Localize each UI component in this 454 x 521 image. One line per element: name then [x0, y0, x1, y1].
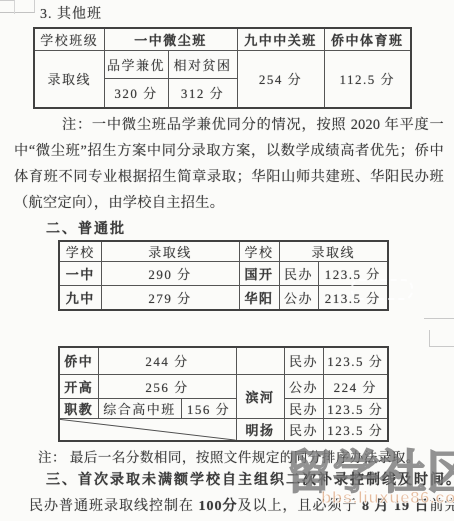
cell-poverty-score: 312 分 [168, 78, 237, 108]
cell-score: 123.5 分 [323, 418, 388, 441]
table-row: 职教 综合高中班 156 分 民办 123.5 分 [59, 398, 388, 418]
cell-score: 256 分 [98, 374, 236, 398]
cell-merit-score: 320 分 [104, 78, 168, 108]
page-corner-mark [0, 0, 35, 13]
cell-class-name: 综合高中班 [98, 398, 181, 418]
header-school-class: 学校班级 [34, 28, 104, 50]
diagonal-empty-cell [59, 418, 236, 441]
table-row: 九中 279 分 华阳 公办 213.5 分 [59, 286, 388, 310]
page-corner-mark [429, 330, 454, 347]
cell-score: 123.5 分 [323, 347, 388, 374]
other-class-heading: 3. 其他班 [40, 3, 102, 23]
cell-school: 侨中 [59, 347, 98, 374]
cell-score: 290 分 [101, 262, 239, 286]
cell-school: 国开 [239, 262, 279, 286]
header-line-right: 录取线 [279, 241, 388, 262]
page-corner-mark [424, 318, 454, 319]
cell-type: 民办 [284, 347, 323, 374]
cell-school: 九中 [59, 286, 101, 310]
cell-school: 明扬 [236, 418, 284, 441]
table-row: 开高 256 分 滨河 公办 224 分 [59, 374, 388, 398]
header-school-right: 学校 [239, 241, 279, 262]
scanned-document-page: 3. 其他班 学校班级 一中微尘班 九中中关班 侨中体育班 录取线 品学兼优 相… [0, 0, 454, 521]
other-class-table: 学校班级 一中微尘班 九中中关班 侨中体育班 录取线 品学兼优 相对贫困 254… [33, 27, 412, 109]
row-label-admission-line: 录取线 [34, 50, 104, 108]
cell-type: 民办 [279, 262, 318, 286]
header-weichen-class: 一中微尘班 [104, 28, 237, 50]
cell-poverty: 相对贫困 [168, 50, 237, 78]
cell-score: 156 分 [181, 398, 236, 418]
cell-school: 开高 [59, 374, 98, 398]
page-corner-mark [0, 0, 15, 14]
watermark-fragment [351, 279, 413, 300]
cell-score: 224 分 [323, 374, 388, 398]
general-batch-table-top: 学校 录取线 学校 录取线 一中 290 分 国开 民办 123.5 分 九中 … [58, 240, 389, 311]
cell-merit: 品学兼优 [104, 50, 168, 78]
cell-score: 279 分 [101, 286, 239, 310]
header-school-left: 学校 [59, 241, 101, 262]
table-row: 一中 290 分 国开 民办 123.5 分 [59, 262, 388, 286]
cell-zhongguan-score: 254 分 [237, 50, 324, 108]
cell-school: 职教 [59, 398, 98, 418]
other-class-note: 注：一中微尘班品学兼优同分的情况，按照 2020 年平度一中“微尘班”招生方案中… [14, 112, 444, 216]
diagonal-slash-icon [60, 419, 236, 441]
cell-tiyu-score: 112.5 分 [324, 50, 411, 108]
header-tiyu-class: 侨中体育班 [324, 28, 411, 50]
general-batch-heading: 二、普通批 [46, 218, 126, 238]
cell-school-empty [236, 347, 284, 374]
header-line-left: 录取线 [101, 241, 239, 262]
general-batch-table-bottom: 侨中 244 分 民办 123.5 分 开高 256 分 滨河 公办 224 分… [58, 346, 389, 442]
cell-score: 123.5 分 [323, 398, 388, 418]
cell-score: 244 分 [98, 347, 236, 374]
table-row: 明扬 民办 123.5 分 [59, 418, 388, 441]
cell-type: 公办 [279, 286, 318, 310]
line-score-bold: 100分 [199, 499, 238, 514]
header-zhongguan-class: 九中中关班 [237, 28, 324, 50]
line-text: 民办普通班录取线控制在 [29, 499, 199, 514]
cell-school: 一中 [59, 262, 101, 286]
table-row: 侨中 244 分 民办 123.5 分 [59, 347, 388, 374]
cell-type: 民办 [284, 398, 323, 418]
cell-school: 滨河 [236, 374, 284, 418]
cell-type: 公办 [284, 374, 323, 398]
watermark-url: bbs.liuxue86.com [321, 488, 454, 508]
cell-type: 民办 [284, 418, 323, 441]
cell-school: 华阳 [239, 286, 279, 310]
